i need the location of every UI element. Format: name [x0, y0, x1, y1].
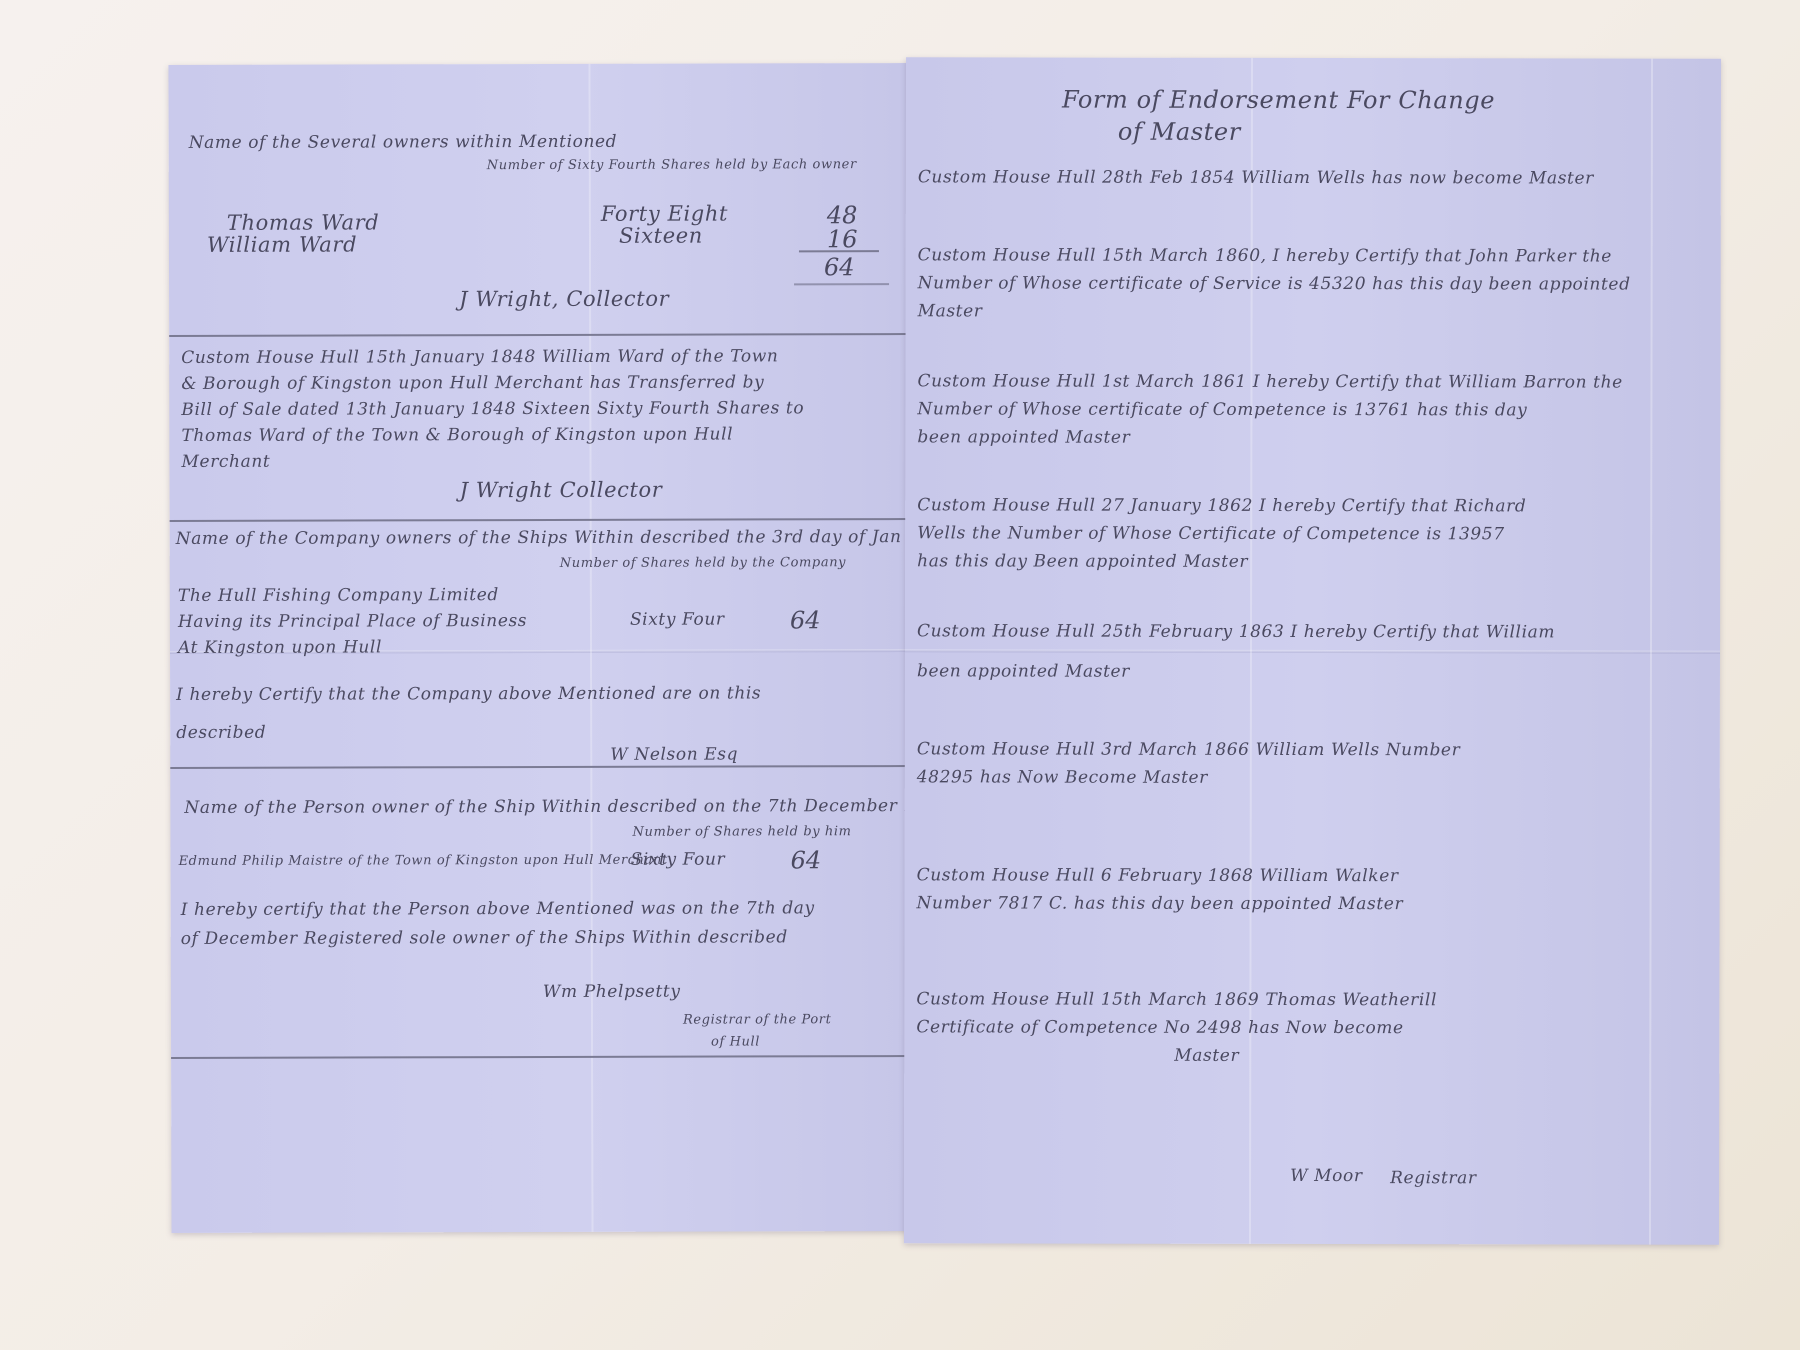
endorsement-entry-line: Custom House Hull 1st March 1861 I hereb…	[917, 373, 1622, 391]
transfer-line: Merchant	[181, 454, 270, 471]
transfer-line: Thomas Ward of the Town & Borough of Kin…	[181, 426, 733, 444]
company-certify-line: described	[176, 725, 266, 742]
company-certify-line: I hereby Certify that the Company above …	[176, 685, 761, 704]
section-divider	[170, 765, 910, 768]
endorsement-entry-line: Custom House Hull 27 January 1862 I here…	[917, 497, 1526, 515]
section-divider	[169, 333, 909, 336]
shares-total: 64	[824, 253, 855, 281]
left-page: Name of the Several owners within Mentio…	[168, 63, 911, 1233]
endorsement-entry-line: been appointed Master	[917, 429, 1130, 446]
endorsement-entry-line: Number of Whose certificate of Service i…	[918, 275, 1631, 293]
collector-signature: J Wright, Collector	[459, 289, 669, 311]
transfer-line: & Borough of Kingston upon Hull Merchant…	[181, 374, 764, 393]
registrar-signature: W Nelson Esq	[610, 746, 738, 763]
transfer-line: Bill of Sale dated 13th January 1848 Six…	[181, 400, 804, 419]
endorsement-entry-line: Master	[918, 303, 983, 320]
endorsement-entry-line: Custom House Hull 28th Feb 1854 William …	[918, 169, 1594, 187]
endorsement-entry-line: has this day Been appointed Master	[917, 553, 1248, 571]
endorsement-entry-line: Number of Whose certificate of Competenc…	[917, 401, 1527, 419]
endorsement-entry-line: Master	[1174, 1048, 1239, 1065]
company-owner-line: At Kingston upon Hull	[178, 639, 382, 657]
registrar-title: Registrar of the Port	[683, 1013, 831, 1026]
fold-crease	[905, 649, 1720, 653]
registrar-title: Registrar	[1390, 1170, 1477, 1187]
person-shares-number: 64	[791, 846, 822, 874]
collector-signature: J Wright Collector	[460, 480, 663, 502]
section-divider	[171, 1055, 911, 1058]
owner-shares-number: 16	[827, 225, 858, 253]
person-owner-line: Edmund Philip Maistre of the Town of Kin…	[179, 854, 668, 868]
owner-shares-words: Forty Eight	[601, 204, 728, 225]
company-shares-subheading: Number of Shares held by the Company	[560, 556, 846, 570]
endorsement-entry-line: 48295 has Now Become Master	[917, 769, 1208, 787]
company-shares-words: Sixty Four	[630, 612, 725, 629]
company-shares-number: 64	[790, 606, 821, 634]
transfer-line: Custom House Hull 15th January 1848 Will…	[181, 348, 778, 367]
person-certify-line: of December Registered sole owner of the…	[181, 929, 788, 948]
right-page: Form of Endorsement For Change of Master…	[904, 57, 1721, 1244]
registrar-signature: W Moor	[1290, 1168, 1363, 1185]
owner-name: William Ward	[207, 234, 357, 255]
section-divider	[170, 518, 910, 521]
person-shares-words: Sixty Four	[631, 852, 726, 869]
endorsement-entry-line: Number 7817 C. has this day been appoint…	[917, 895, 1404, 913]
endorsement-entry-line: been appointed Master	[917, 663, 1130, 680]
company-owners-heading: Name of the Company owners of the Ships …	[176, 529, 954, 548]
company-owner-line: The Hull Fishing Company Limited	[178, 587, 499, 605]
endorsement-entry-line: Certificate of Competence No 2498 has No…	[916, 1019, 1403, 1037]
form-title: Form of Endorsement For Change	[1062, 88, 1495, 113]
endorsement-entry-line: Custom House Hull 6 February 1868 Willia…	[917, 867, 1399, 885]
owner-name: Thomas Ward	[227, 212, 379, 233]
sum-rule	[799, 250, 879, 252]
person-owner-heading: Name of the Person owner of the Ship Wit…	[184, 798, 949, 817]
shares-subheading: Number of Sixty Fourth Shares held by Ea…	[487, 158, 857, 172]
endorsement-entry-line: Wells the Number of Whose Certificate of…	[917, 525, 1504, 543]
registrar-signature: Wm Phelpsetty	[543, 984, 681, 1001]
sum-rule	[794, 283, 889, 285]
person-shares-subheading: Number of Shares held by him	[632, 825, 851, 839]
person-certify-line: I hereby certify that the Person above M…	[181, 900, 815, 919]
endorsement-entry-line: Custom House Hull 15th March 1860, I her…	[918, 247, 1612, 265]
owner-shares-words: Sixteen	[619, 226, 703, 247]
endorsement-entry-line: Custom House Hull 15th March 1869 Thomas…	[916, 991, 1437, 1009]
registrar-title: of Hull	[711, 1035, 760, 1048]
owners-heading: Name of the Several owners within Mentio…	[189, 134, 618, 152]
endorsement-entry-line: Custom House Hull 3rd March 1866 William…	[917, 741, 1461, 759]
company-owner-line: Having its Principal Place of Business	[178, 613, 527, 631]
form-title: of Master	[1118, 120, 1241, 144]
endorsement-entry-line: Custom House Hull 25th February 1863 I h…	[917, 623, 1555, 641]
